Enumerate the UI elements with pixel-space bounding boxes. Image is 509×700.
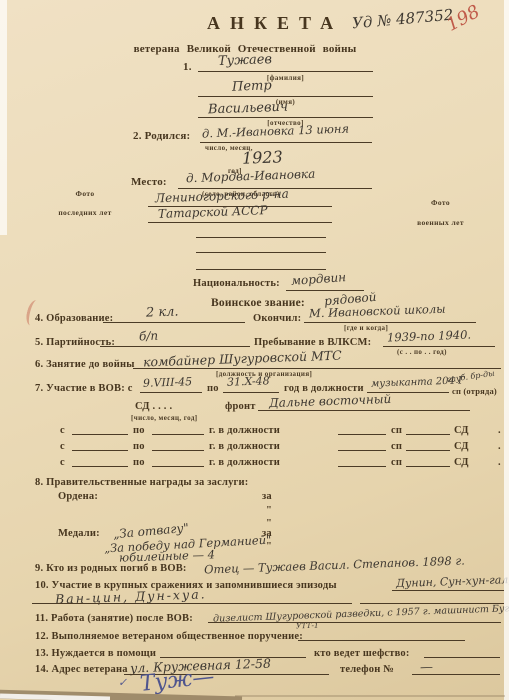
war-to-line [223,392,279,393]
row-position-label: г. в должности [209,425,280,436]
blank-line [196,269,326,270]
item13-label: 13. Нуждается в помощи [35,648,156,659]
item6-label: 6. Занятие до войны [35,359,135,370]
public-duty-line [298,640,465,641]
orders-za-label: за [262,491,272,502]
row-line [406,466,450,467]
blank-line [196,252,326,253]
education-value: 2 кл. [146,304,179,320]
row-sd-label: СД [454,457,469,468]
item11-label: 11. Работа (занятие) после ВОВ: [35,613,193,624]
front-label: фронт [225,401,256,412]
war-to-value: 31.X-48 [227,374,270,388]
row-position-label: г. в должности [209,457,280,468]
education-line [103,322,245,323]
item2-label: 2. Родился: [133,130,190,142]
scan-shadow-bottom [0,690,242,700]
doc-number-handwritten: Уд № 487352 [351,6,454,33]
prewar-occupation-line [133,368,501,369]
prewar-occupation-value: комбайнер Шугуровской МТС [143,348,342,370]
row-line [72,450,128,451]
battles-line-2 [32,603,352,604]
row-line [406,450,450,451]
front-line [258,410,470,411]
row-dot: . [498,425,501,436]
phone-label: телефон № [340,664,394,675]
war-position-superscript: гауб. бр-ды [447,369,496,385]
finished-caption: [где и когда] [344,324,388,332]
birthplace-label: Место: [131,176,167,188]
row-s-label: с [60,441,65,452]
item14-label: 14. Адрес ветерана [35,664,128,675]
sd-caption: [число, месяц, год] [131,414,198,422]
phone-line [412,674,500,675]
battles-value-1: Дунин, Сун-хун-гал, [396,573,509,590]
relatives-killed-value: Отец — Тужаев Васил. Степанов. 1898 г. [204,553,465,576]
party-line [100,346,250,347]
scan-edge-right [504,0,509,700]
checkmark: ✓ [118,676,128,689]
birthyear-value: 1923 [242,147,283,167]
row-line [72,466,128,467]
item12-label: 12. Выполняемое ветераном общественное п… [35,631,303,642]
patronymic-value: Васильевич [208,100,289,118]
nationality-label: Национальность: [193,278,280,289]
row-dot: . [498,441,501,452]
ditto-mark: " [266,541,272,552]
scanned-questionnaire-page: АНКЕТА Уд № 487352 198 ветерана Великой … [0,0,509,700]
row-sd-label: СД [454,425,469,436]
finished-label: Окончил: [253,313,301,324]
scan-edge-bottom-left [0,694,110,700]
battles-line-1 [392,590,504,591]
row-line [152,450,204,451]
war-po-label: по [207,383,219,394]
row-line [338,466,386,467]
rank-label: Воинское звание: [211,297,305,309]
war-from-value: 9.VIII-45 [143,375,193,390]
row-position-label: г. в должности [209,441,280,452]
vlksm-label: Пребывание в ВЛКСМ: [254,337,371,348]
vlksm-caption: (с . . по . . год) [397,348,447,356]
row-sd-label: СД [454,441,469,452]
sd-label: СД . . . . [135,401,172,412]
shefstvo-label: кто ведет шефство: [314,648,410,659]
item8-label: 8. Правительственные награды за заслуги: [35,477,248,488]
row-line [338,450,386,451]
scan-shadow-bottom-thin [235,695,505,697]
row-po-label: по [133,425,145,436]
war-from-line [140,392,202,393]
row-line [152,434,204,435]
row-sp-label: сп [391,457,402,468]
item1-number: 1. [183,61,192,73]
nationality-value: мордвин [291,270,347,288]
photo-left-caption2: последних лет [30,208,140,217]
scan-edge-left [0,0,7,235]
front-value: Дальне восточный [269,392,392,410]
row-dot: . [498,457,501,468]
row-s-label: с [60,425,65,436]
medals-label: Медали: [58,528,100,539]
item4-label: 4. Образование: [35,313,113,324]
row-line [406,434,450,435]
orders-label: Ордена: [58,491,98,502]
row-s-label: с [60,457,65,468]
row-po-label: по [133,441,145,452]
finished-line [304,322,476,323]
form-title: АНКЕТА [207,13,343,34]
row-line [152,466,204,467]
photo-right-caption1: Фото [388,198,493,207]
row-line [338,434,386,435]
photo-left-caption1: Фото [30,189,140,198]
postwar-work-line [208,622,501,623]
vlksm-line [383,346,495,347]
photo-right-caption2: военных лет [388,218,493,227]
vlksm-value: 1939-по 1940. [387,328,471,345]
row-sp-label: сп [391,441,402,452]
row-po-label: по [133,457,145,468]
phone-value: — [420,660,434,675]
row-line [72,434,128,435]
row-sp-label: сп [391,425,402,436]
ditto-mark: " [266,505,272,516]
surname-value: Тужаев [218,52,272,69]
blank-line [196,237,326,238]
item7-label: 7. Участие в ВОВ: с [35,383,133,394]
item9-label: 9. Кто из родных погиб в ВОВ: [35,563,187,574]
sp-otryada-label: сп (отряда) [452,386,497,396]
firstname-field-line [198,79,373,97]
firstname-value: Петр [232,78,272,94]
party-value: б/п [139,329,159,344]
shefstvo-line [424,657,500,658]
